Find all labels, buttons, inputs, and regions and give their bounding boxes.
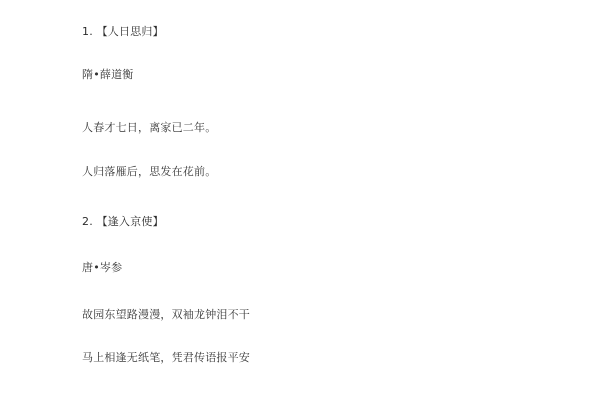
poem-1-author: 隋•薛道衡 bbox=[82, 68, 134, 82]
poem-1-heading: 1. 【人日思归】 bbox=[82, 25, 164, 39]
poem-1-line-1: 人春才七日，离家已二年。 bbox=[82, 121, 216, 135]
poem-2-author: 唐•岑参 bbox=[82, 261, 122, 275]
poem-2-line-1: 故园东望路漫漫，双袖龙钟泪不干 bbox=[82, 308, 250, 322]
poem-1-line-2: 人归落雁后，思发在花前。 bbox=[82, 165, 216, 179]
poem-2-heading: 2. 【逢入京使】 bbox=[82, 215, 164, 229]
poem-2-line-2: 马上相逢无纸笔，凭君传语报平安 bbox=[82, 351, 250, 365]
document-page: 1. 【人日思归】 隋•薛道衡 人春才七日，离家已二年。 人归落雁后，思发在花前… bbox=[0, 0, 600, 400]
